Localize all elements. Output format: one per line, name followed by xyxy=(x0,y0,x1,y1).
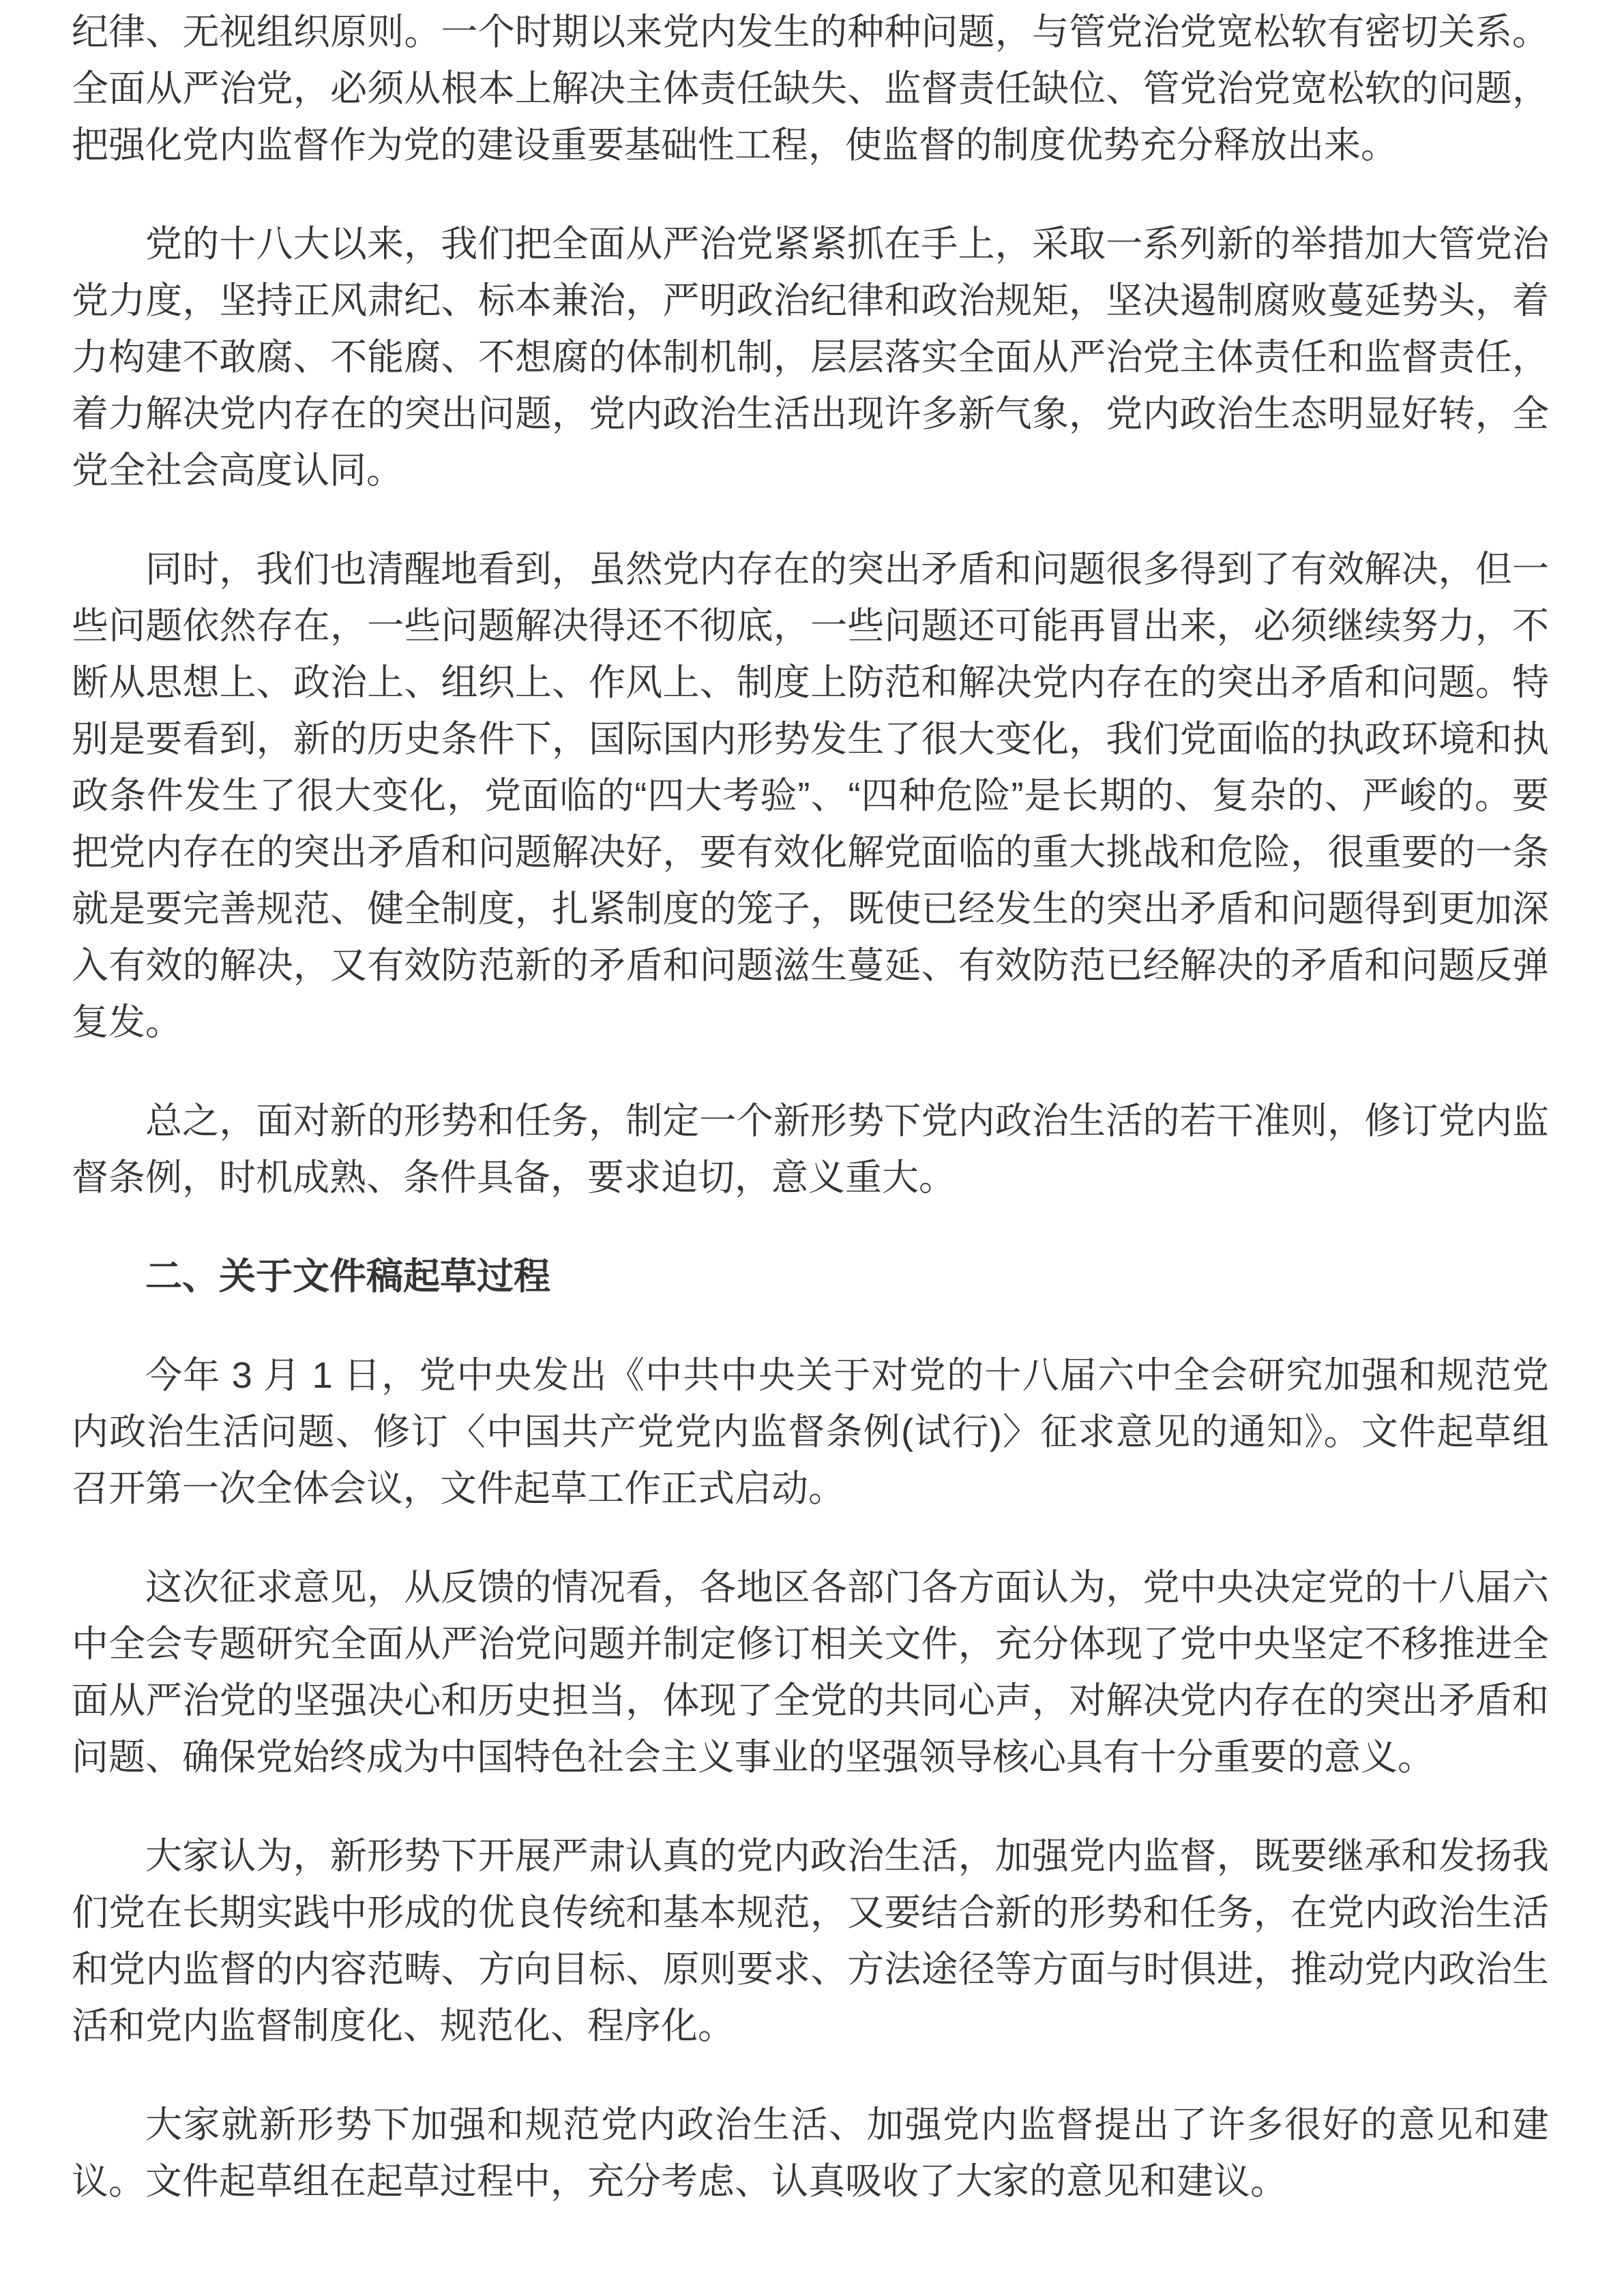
document-page: 纪律、无视组织原则。一个时期以来党内发生的种种问题，与管党治党宽松软有密切关系。… xyxy=(0,0,1624,2296)
section-heading: 二、关于文件稿起草过程 xyxy=(72,1249,1549,1305)
paragraph: 今年 3 月 1 日，党中央发出《中共中央关于对党的十八届六中全会研究加强和规范… xyxy=(72,1347,1549,1517)
paragraph-continuation: 纪律、无视组织原则。一个时期以来党内发生的种种问题，与管党治党宽松软有密切关系。… xyxy=(72,4,1549,174)
paragraph: 总之，面对新的形势和任务，制定一个新形势下党内政治生活的若干准则，修订党内监督条… xyxy=(72,1093,1549,1206)
paragraph: 大家就新形势下加强和规范党内政治生活、加强党内监督提出了许多很好的意见和建议。文… xyxy=(72,2097,1549,2210)
paragraph: 党的十八大以来，我们把全面从严治党紧紧抓在手上，采取一系列新的举措加大管党治党力… xyxy=(72,216,1549,499)
paragraph: 大家认为，新形势下开展严肃认真的党内政治生活，加强党内监督，既要继承和发扬我们党… xyxy=(72,1828,1549,2055)
paragraph: 同时，我们也清醒地看到，虽然党内存在的突出矛盾和问题很多得到了有效解决，但一些问… xyxy=(72,541,1549,1051)
document-body: 纪律、无视组织原则。一个时期以来党内发生的种种问题，与管党治党宽松软有密切关系。… xyxy=(72,4,1549,2210)
paragraph: 这次征求意见，从反馈的情况看，各地区各部门各方面认为，党中央决定党的十八届六中全… xyxy=(72,1560,1549,1786)
